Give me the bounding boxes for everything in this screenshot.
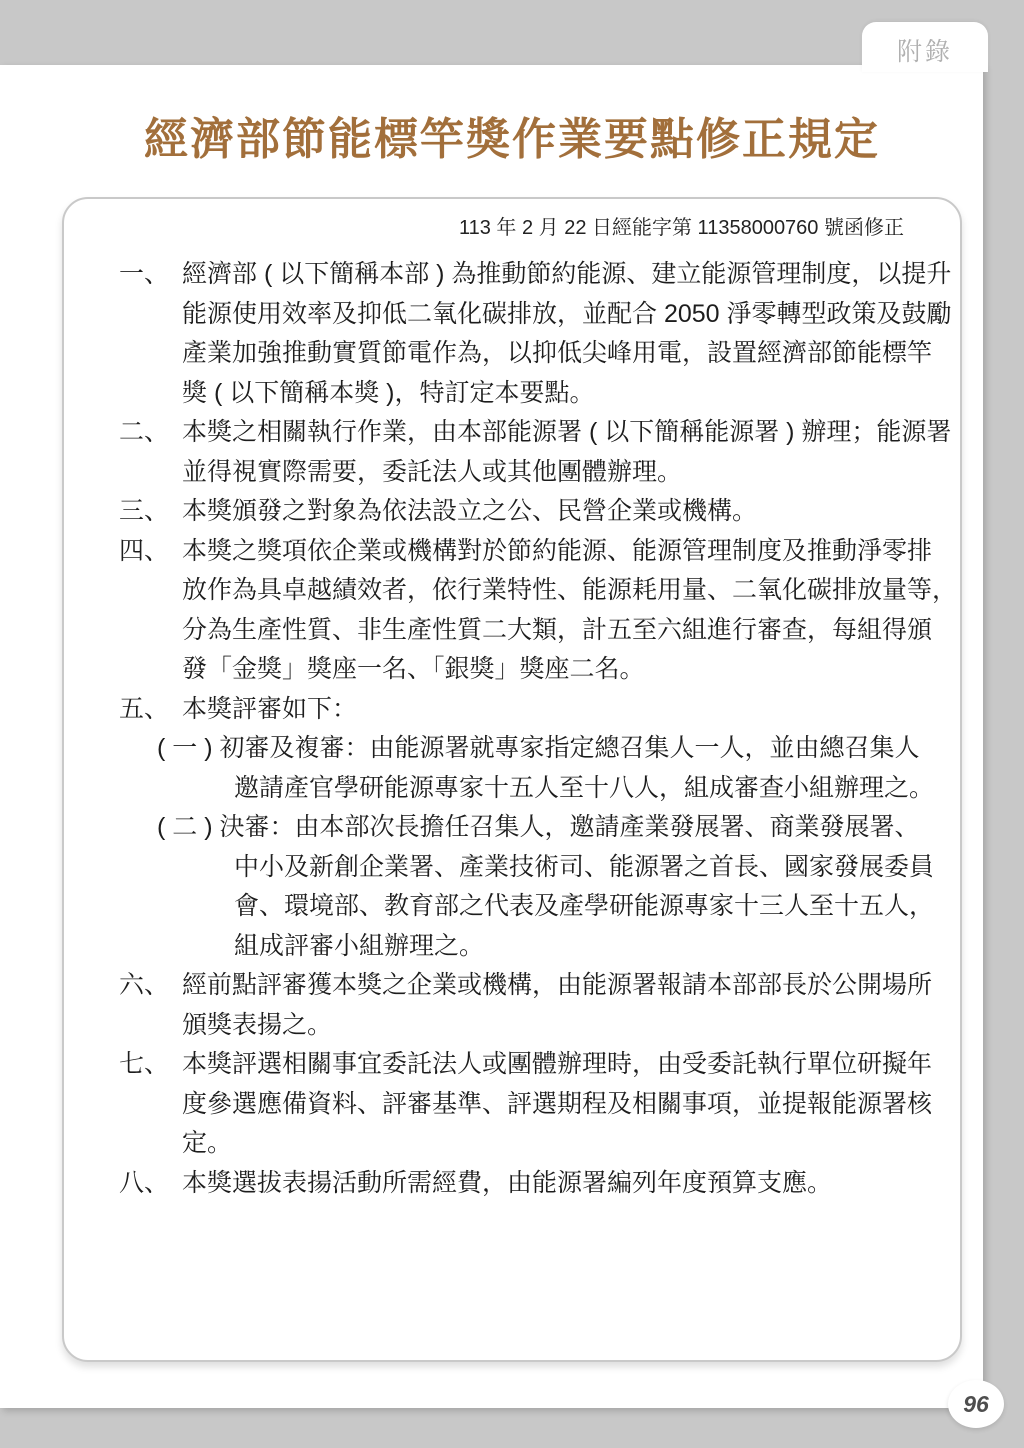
list-item: 五、本獎評審如下：( 一 ) 初審及複審：由能源署就專家指定總召集人一人，並由總… (64, 690, 960, 967)
list-item: 四、本獎之獎項依企業或機構對於節約能源、能源管理制度及推動淨零排放作為具卓越績效… (64, 532, 960, 690)
list-item: 三、本獎頒發之對象為依法設立之公、民營企業或機構。 (64, 492, 960, 532)
item-line: 本獎評選相關事宜委託法人或團體辦理時，由受委託執行單位研擬年 (182, 1045, 960, 1085)
list-item: 二、本獎之相關執行作業，由本部能源署 ( 以下簡稱能源署 ) 辦理；能源署並得視… (64, 413, 960, 492)
page-title: 經濟部節能標竿獎作業要點修正規定 (0, 112, 1024, 168)
sub-item-line: 組成評審小組辦理之。 (234, 927, 960, 967)
sub-item-marker: ( 一 ) (157, 734, 220, 762)
item-line: 本獎評審如下： (182, 690, 960, 730)
page-number-badge: 96 (948, 1380, 1004, 1428)
item-line: 分為生產性質、非生產性質二大類，計五至六組進行審查，每組得頒 (182, 611, 960, 651)
appendix-tab: 附錄 (862, 22, 988, 72)
item-line: 經濟部 ( 以下簡稱本部 ) 為推動節約能源、建立能源管理制度，以提升 (182, 255, 960, 295)
revision-note: 113 年 2 月 22 日經能字第 11358000760 號函修正 (64, 199, 960, 241)
item-line: 發「金獎」獎座一名、「銀獎」獎座二名。 (182, 650, 960, 690)
sub-item-line: 會、環境部、教育部之代表及產學研能源專家十三人至十五人， (234, 887, 960, 927)
item-line: 本獎選拔表揚活動所需經費，由能源署編列年度預算支應。 (182, 1164, 960, 1204)
list-item: 七、本獎評選相關事宜委託法人或團體辦理時，由受委託執行單位研擬年度參選應備資料、… (64, 1045, 960, 1164)
item-line: 獎 ( 以下簡稱本獎 )，特訂定本要點。 (182, 374, 960, 414)
page-number: 96 (963, 1391, 989, 1418)
appendix-tab-label: 附錄 (897, 26, 953, 68)
item-line: 並得視實際需要，委託法人或其他團體辦理。 (182, 453, 960, 493)
regulation-list: 一、經濟部 ( 以下簡稱本部 ) 為推動節約能源、建立能源管理制度，以提升能源使… (64, 255, 960, 1203)
sub-item: ( 二 ) 決審：由本部次長擔任召集人，邀請產業發展署、商業發展署、中小及新創企… (182, 808, 960, 966)
regulation-content-box: 113 年 2 月 22 日經能字第 11358000760 號函修正 一、經濟… (62, 197, 962, 1362)
list-item: 八、本獎選拔表揚活動所需經費，由能源署編列年度預算支應。 (64, 1164, 960, 1204)
item-line: 頒獎表揚之。 (182, 1006, 960, 1046)
item-line: 經前點評審獲本獎之企業或機構，由能源署報請本部部長於公開場所 (182, 966, 960, 1006)
item-line: 定。 (182, 1124, 960, 1164)
item-line: 本獎之相關執行作業，由本部能源署 ( 以下簡稱能源署 ) 辦理；能源署 (182, 413, 960, 453)
list-item: 六、經前點評審獲本獎之企業或機構，由能源署報請本部部長於公開場所頒獎表揚之。 (64, 966, 960, 1045)
item-marker: 五、 (119, 690, 169, 730)
item-marker: 二、 (119, 413, 169, 453)
item-line: 本獎之獎項依企業或機構對於節約能源、能源管理制度及推動淨零排 (182, 532, 960, 572)
sub-item-line: 中小及新創企業署、產業技術司、能源署之首長、國家發展委員 (234, 848, 960, 888)
item-line: 本獎頒發之對象為依法設立之公、民營企業或機構。 (182, 492, 960, 532)
item-line: 度參選應備資料、評審基準、評選期程及相關事項，並提報能源署核 (182, 1085, 960, 1125)
item-marker: 一、 (119, 255, 169, 295)
sub-item-first-line: ( 一 ) 初審及複審：由能源署就專家指定總召集人一人，並由總召集人 (157, 729, 960, 769)
item-marker: 六、 (119, 966, 169, 1006)
sub-item-marker: ( 二 ) (157, 813, 220, 841)
item-marker: 八、 (119, 1164, 169, 1204)
item-marker: 四、 (119, 532, 169, 572)
sub-item-line: 邀請產官學研能源專家十五人至十八人，組成審查小組辦理之。 (234, 769, 960, 809)
item-marker: 七、 (119, 1045, 169, 1085)
list-item: 一、經濟部 ( 以下簡稱本部 ) 為推動節約能源、建立能源管理制度，以提升能源使… (64, 255, 960, 413)
sub-item: ( 一 ) 初審及複審：由能源署就專家指定總召集人一人，並由總召集人邀請產官學研… (182, 729, 960, 808)
item-line: 產業加強推動實質節電作為，以抑低尖峰用電，設置經濟部節能標竿 (182, 334, 960, 374)
sub-item-first-line: ( 二 ) 決審：由本部次長擔任召集人，邀請產業發展署、商業發展署、 (157, 808, 960, 848)
item-line: 能源使用效率及抑低二氧化碳排放，並配合 2050 淨零轉型政策及鼓勵 (182, 295, 960, 335)
item-marker: 三、 (119, 492, 169, 532)
item-line: 放作為具卓越績效者，依行業特性、能源耗用量、二氧化碳排放量等， (182, 571, 960, 611)
